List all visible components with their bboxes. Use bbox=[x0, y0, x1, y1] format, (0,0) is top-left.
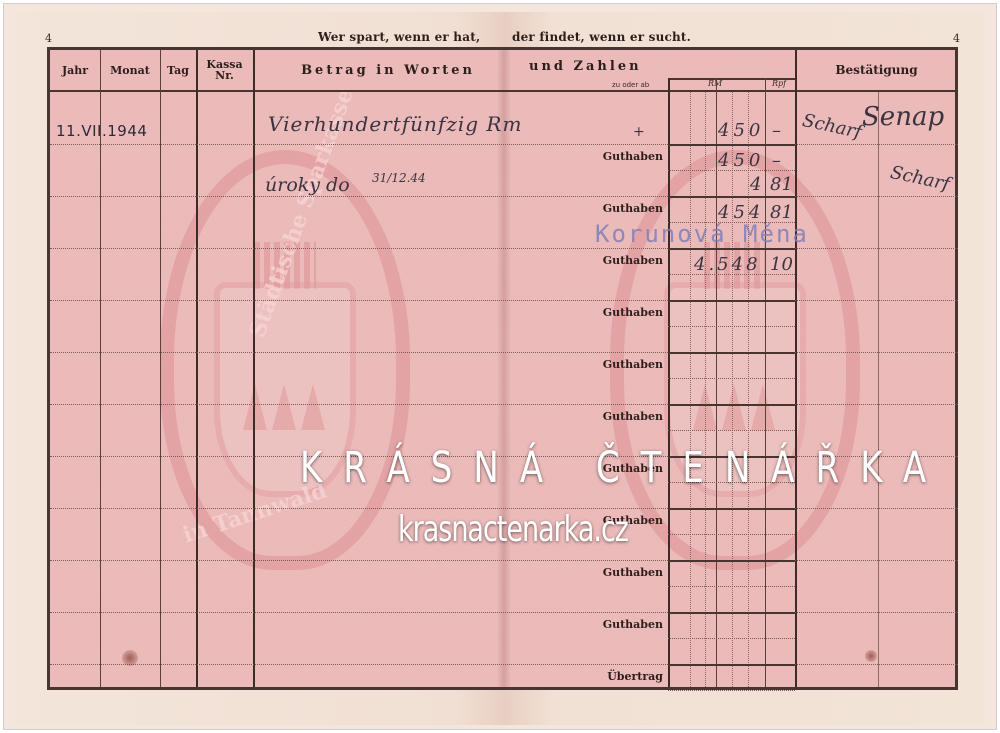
signature-senap: Senap bbox=[862, 102, 944, 132]
header-kassa: Kassa Nr. bbox=[196, 50, 253, 92]
row-label-guthaben: Guthaben bbox=[503, 410, 663, 423]
entry-balance3-rpf: 10 bbox=[770, 254, 793, 275]
savings-ledger-table: Städtische Sparkasse in Tannwald Jahr Mo… bbox=[47, 47, 958, 690]
motto-right: der findet, wenn er sucht. bbox=[512, 30, 691, 44]
entry-interest-rpf: 81 bbox=[770, 174, 793, 195]
left-page-number: 4 bbox=[45, 32, 52, 45]
entry-balance3-rm: 4.548 bbox=[694, 254, 761, 275]
header-zahlen: und Zahlen bbox=[523, 50, 668, 82]
entry-balance1-rm: 450 bbox=[718, 150, 764, 171]
motto-left: Wer spart, wenn er hat, bbox=[318, 30, 480, 44]
header-jahr: Jahr bbox=[50, 50, 100, 92]
row-label-guthaben: Guthaben bbox=[503, 358, 663, 371]
entry-interest-note: úroky do bbox=[265, 174, 350, 196]
signature-scharf-1: Scharf bbox=[800, 110, 863, 143]
header-rpf: Rpf bbox=[772, 79, 786, 88]
header-betrag: Betrag in Worten bbox=[253, 50, 523, 92]
row-label-guthaben: Guthaben bbox=[503, 566, 663, 579]
currency-stamp: Korunová Měna bbox=[595, 220, 809, 248]
entry-deposit-rpf: – bbox=[772, 120, 781, 141]
entry-date-stamp: 11.VII.1944 bbox=[56, 122, 147, 140]
row-label-guthaben: Guthaben bbox=[503, 306, 663, 319]
header-monat: Monat bbox=[100, 50, 160, 92]
entry-balance1-rpf: – bbox=[772, 150, 781, 171]
entry-amount-words: Vierhundertfünfzig Rm bbox=[268, 112, 522, 136]
stain bbox=[122, 650, 138, 666]
row-label-guthaben: Guthaben bbox=[503, 150, 663, 163]
stain bbox=[865, 650, 877, 662]
header-kassa-line2: Nr. bbox=[215, 70, 234, 81]
watermark-url: krasnactenarka.cz bbox=[398, 509, 628, 551]
watermark-title: KRÁSNÁ ČTENÁŘKA bbox=[300, 443, 947, 493]
header-zu-oder-ab: zu oder ab bbox=[612, 81, 649, 89]
entry-sign: + bbox=[633, 124, 645, 140]
row-label-uebertrag: Übertrag bbox=[503, 670, 663, 683]
row-label-guthaben: Guthaben bbox=[503, 618, 663, 631]
entry-interest-rm: 4 bbox=[750, 174, 761, 195]
row-label-guthaben: Guthaben bbox=[503, 254, 663, 267]
header-bestaetigung: Bestätigung bbox=[795, 50, 958, 92]
signature-scharf-2: Scharf bbox=[888, 162, 951, 195]
right-page-number: 4 bbox=[953, 32, 960, 45]
row-label-guthaben: Guthaben bbox=[503, 202, 663, 215]
entry-deposit-rm: 450 bbox=[718, 120, 764, 141]
header-tag: Tag bbox=[160, 50, 196, 92]
entry-interest-date: 31/12.44 bbox=[372, 171, 426, 185]
